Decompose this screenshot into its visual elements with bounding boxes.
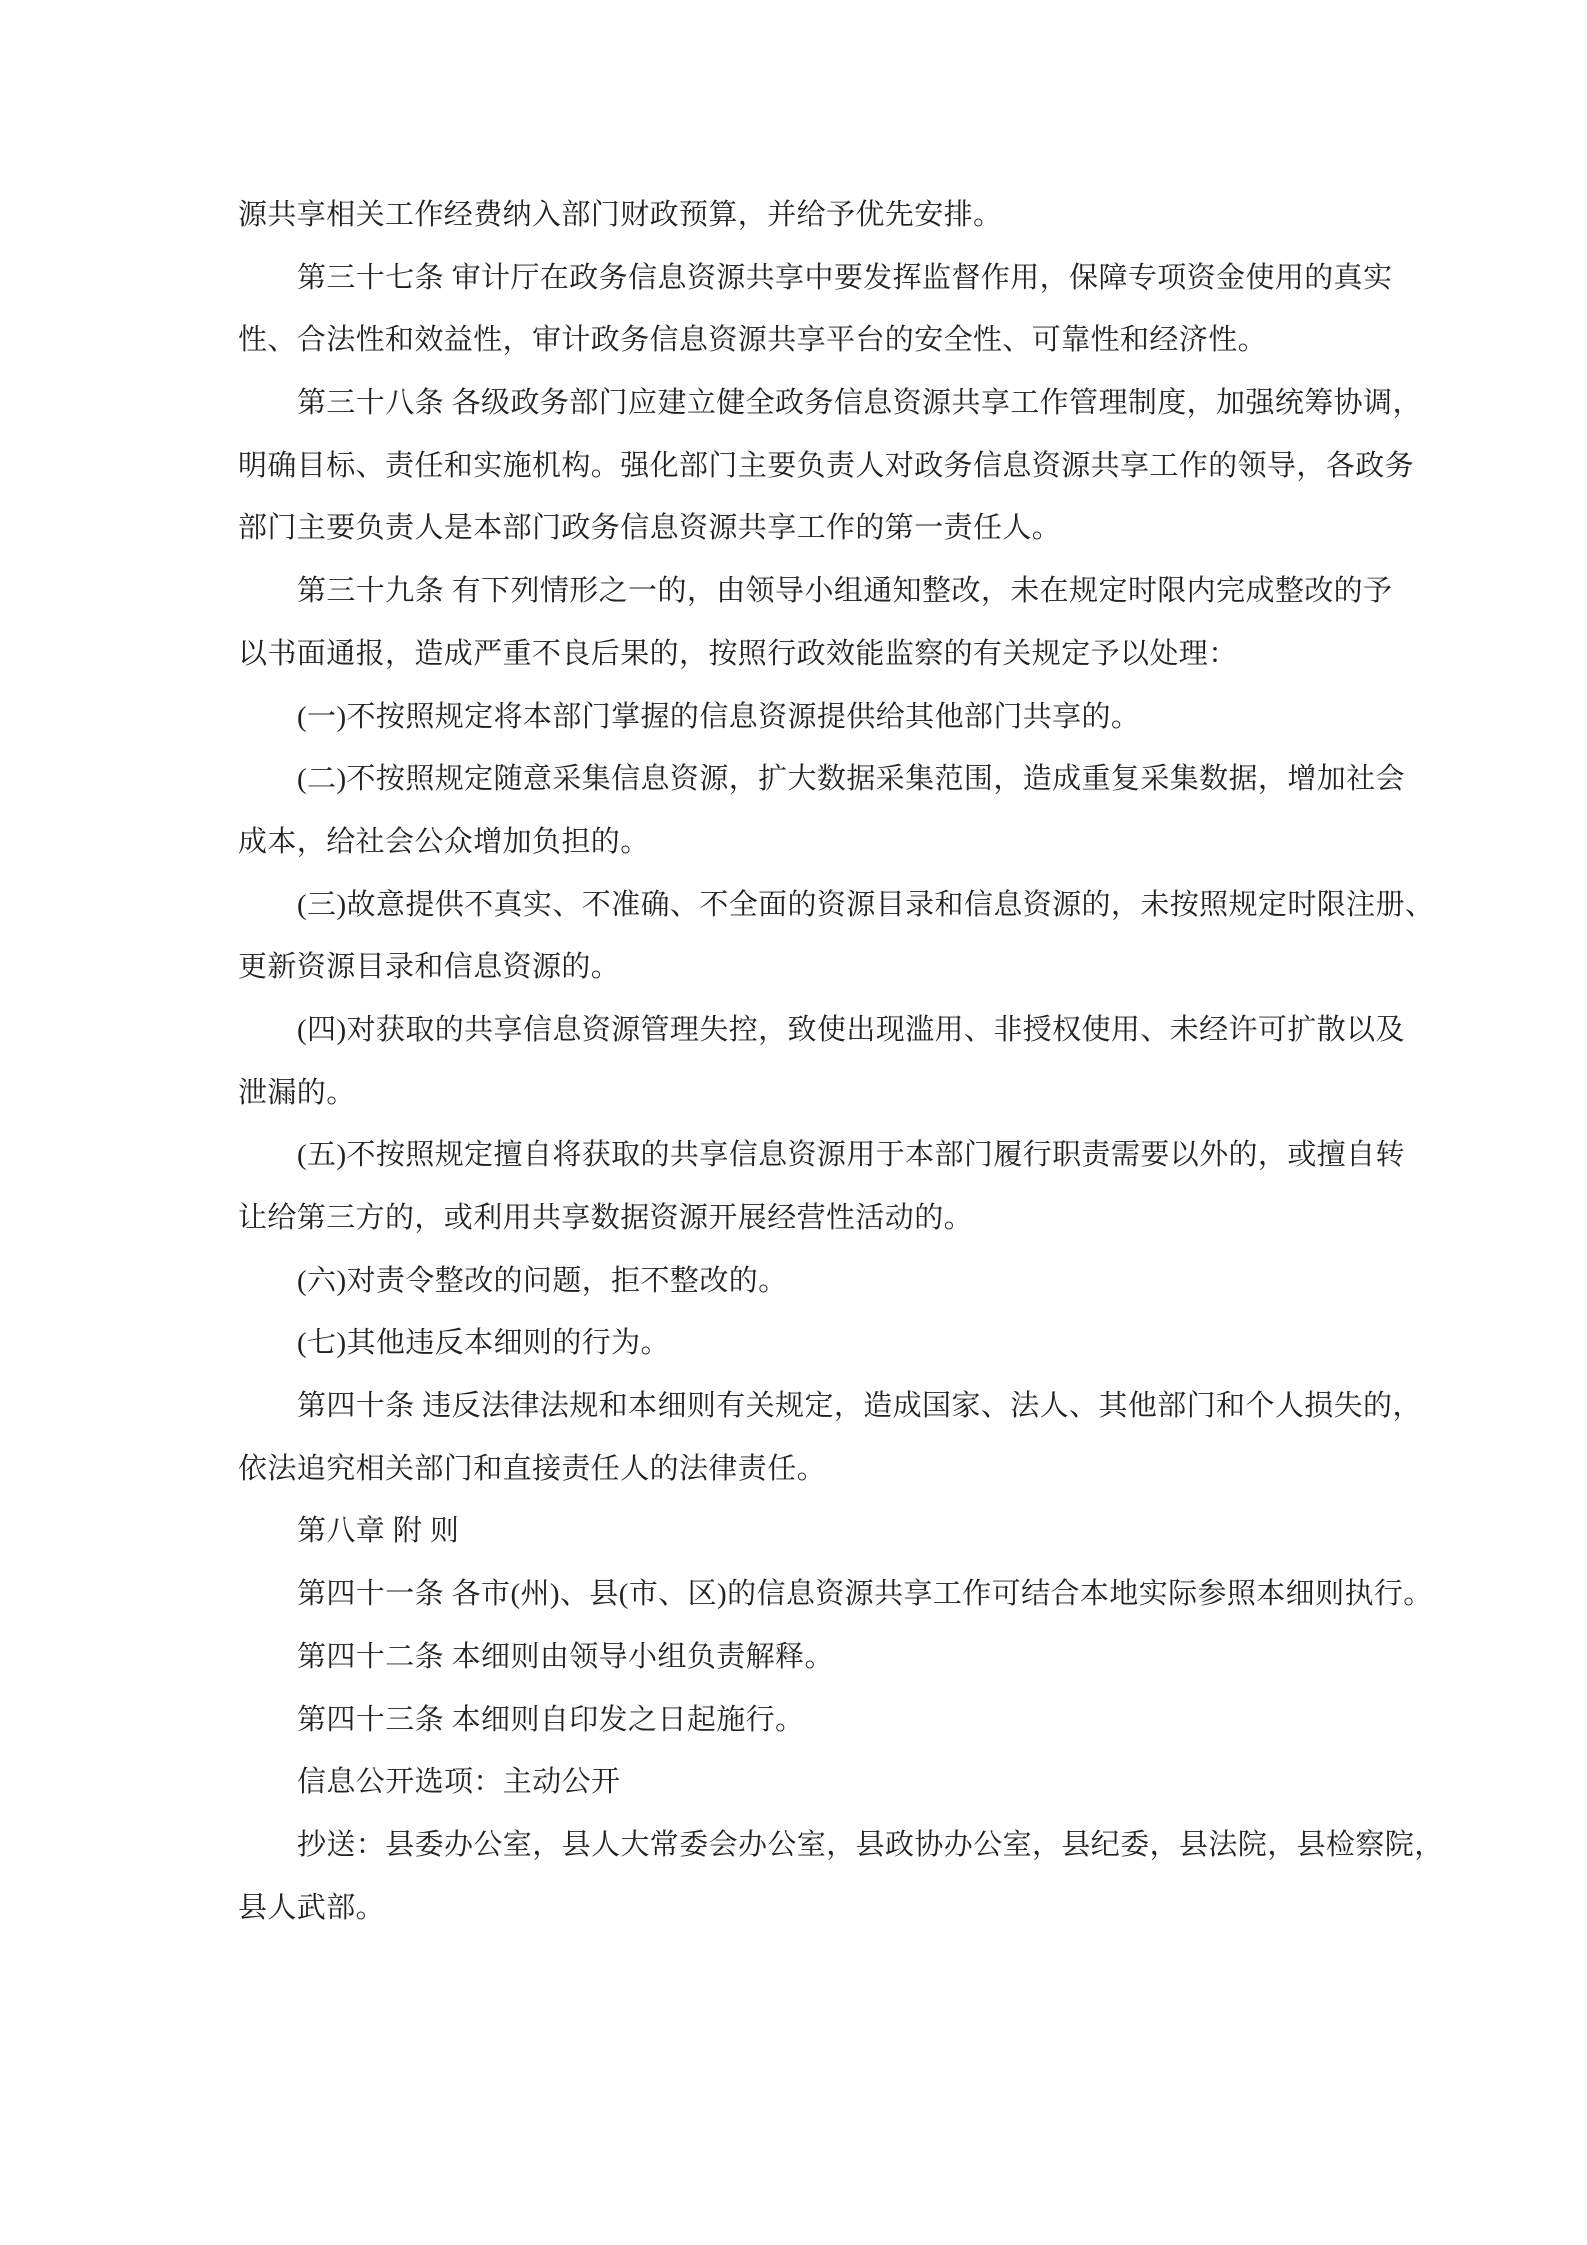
- text-line: 让给第三方的，或利用共享数据资源开展经营性活动的。: [238, 1187, 1450, 1250]
- text-line: (七)其他违反本细则的行为。: [238, 1312, 1450, 1375]
- text-line: 泄漏的。: [238, 1062, 1450, 1125]
- text-line: 性、合法性和效益性，审计政务信息资源共享平台的安全性、可靠性和经济性。: [238, 309, 1450, 372]
- text-line: 更新资源目录和信息资源的。: [238, 936, 1450, 999]
- text-line: (二)不按照规定随意采集信息资源，扩大数据采集范围，造成重复采集数据，增加社会: [238, 748, 1450, 811]
- text-line: 以书面通报，造成严重不良后果的，按照行政效能监察的有关规定予以处理：: [238, 623, 1450, 686]
- text-line: (五)不按照规定擅自将获取的共享信息资源用于本部门履行职责需要以外的，或擅自转: [238, 1124, 1450, 1187]
- text-line: (六)对责令整改的问题，拒不整改的。: [238, 1250, 1450, 1313]
- text-line: 第八章 附 则: [238, 1500, 1450, 1563]
- text-line: 成本，给社会公众增加负担的。: [238, 811, 1450, 874]
- text-line: 源共享相关工作经费纳入部门财政预算，并给予优先安排。: [238, 184, 1450, 247]
- text-line: 第四十一条 各市(州)、县(市、区)的信息资源共享工作可结合本地实际参照本细则执…: [238, 1563, 1450, 1626]
- text-line: 部门主要负责人是本部门政务信息资源共享工作的第一责任人。: [238, 497, 1450, 560]
- text-line: 县人武部。: [238, 1877, 1450, 1940]
- text-line: 第三十九条 有下列情形之一的，由领导小组通知整改，未在规定时限内完成整改的予: [238, 560, 1450, 623]
- text-line: (四)对获取的共享信息资源管理失控，致使出现滥用、非授权使用、未经许可扩散以及: [238, 999, 1450, 1062]
- text-line: 明确目标、责任和实施机构。强化部门主要负责人对政务信息资源共享工作的领导，各政务: [238, 435, 1450, 498]
- text-line: 第四十三条 本细则自印发之日起施行。: [238, 1689, 1450, 1752]
- text-line: 依法追究相关部门和直接责任人的法律责任。: [238, 1438, 1450, 1501]
- text-line: 信息公开选项：主动公开: [238, 1751, 1450, 1814]
- document-page: 源共享相关工作经费纳入部门财政预算，并给予优先安排。 第三十七条 审计厅在政务信…: [0, 0, 1587, 2245]
- document-text: 源共享相关工作经费纳入部门财政预算，并给予优先安排。 第三十七条 审计厅在政务信…: [238, 184, 1450, 1939]
- text-line: (三)故意提供不真实、不准确、不全面的资源目录和信息资源的，未按照规定时限注册、: [238, 874, 1450, 937]
- text-line: 第三十七条 审计厅在政务信息资源共享中要发挥监督作用，保障专项资金使用的真实: [238, 247, 1450, 310]
- text-line: 第四十二条 本细则由领导小组负责解释。: [238, 1626, 1450, 1689]
- text-line: (一)不按照规定将本部门掌握的信息资源提供给其他部门共享的。: [238, 686, 1450, 749]
- text-line: 第四十条 违反法律法规和本细则有关规定，造成国家、法人、其他部门和个人损失的，: [238, 1375, 1450, 1438]
- text-line: 抄送：县委办公室，县人大常委会办公室，县政协办公室，县纪委，县法院，县检察院，: [238, 1814, 1450, 1877]
- text-line: 第三十八条 各级政务部门应建立健全政务信息资源共享工作管理制度，加强统筹协调，: [238, 372, 1450, 435]
